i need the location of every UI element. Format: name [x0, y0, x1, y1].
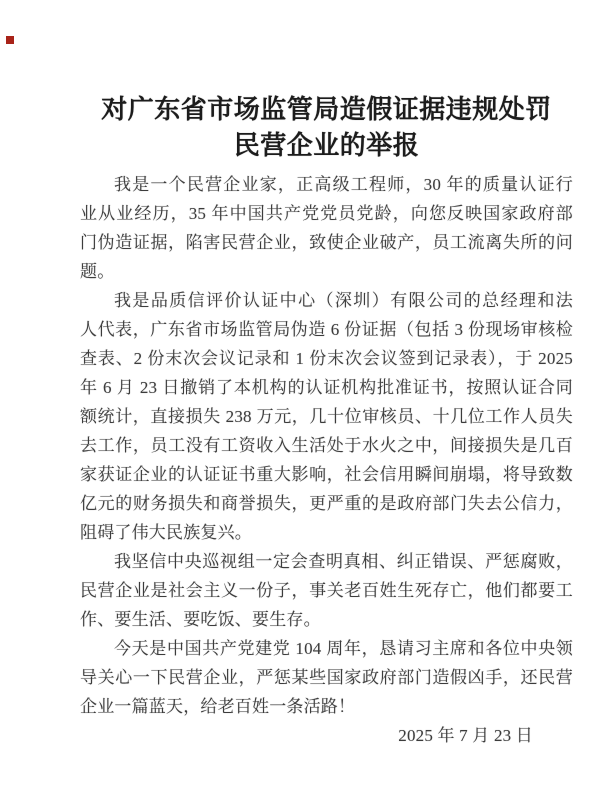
paragraph-3: 我坚信中央巡视组一定会查明真相、纠正错误、严惩腐败， 民营企业是社会主义一份子，… [80, 547, 573, 634]
document-title: 对广东省市场监管局造假证据违规处罚 民营企业的举报 [80, 92, 573, 164]
body-line: 阻碍了伟大民族复兴。 [80, 518, 573, 547]
body-line: 作、要生活、要吃饭、要生存。 [80, 605, 573, 634]
body-line: 民营企业是社会主义一份子，事关老百姓生死存亡，他们都要工 [80, 576, 573, 605]
body-line: 我是品质信评价认证中心（深圳）有限公司的总经理和法 [80, 286, 573, 315]
body-line: 家获证企业的认证证书重大影响，社会信用瞬间崩塌，将导致数 [80, 460, 573, 489]
paragraph-1: 我是一个民营企业家，正高级工程师，30 年的质量认证行 业从业经历，35 年中国… [80, 170, 573, 286]
body-line: 人代表，广东省市场监管局伪造 6 份证据（包括 3 份现场审核检 [80, 315, 573, 344]
document-body: 我是一个民营企业家，正高级工程师，30 年的质量认证行 业从业经历，35 年中国… [80, 170, 573, 750]
body-line: 亿元的财务损失和商誉损失，更严重的是政府部门失去公信力， [80, 489, 573, 518]
document-date: 2025 年 7 月 23 日 [80, 721, 573, 750]
body-line: 额统计，直接损失 238 万元，几十位审核员、十几位工作人员失 [80, 402, 573, 431]
paragraph-4: 今天是中国共产党建党 104 周年，恳请习主席和各位中央领 导关心一下民营企业，… [80, 634, 573, 721]
body-line: 今天是中国共产党建党 104 周年，恳请习主席和各位中央领 [80, 634, 573, 663]
body-line: 我坚信中央巡视组一定会查明真相、纠正错误、严惩腐败， [80, 547, 573, 576]
paragraph-2: 我是品质信评价认证中心（深圳）有限公司的总经理和法 人代表，广东省市场监管局伪造… [80, 286, 573, 547]
body-line: 查表、2 份末次会议记录和 1 份末次会议签到记录表），于 2025 [80, 344, 573, 373]
body-line: 导关心一下民营企业，严惩某些国家政府部门造假凶手，还民营 [80, 663, 573, 692]
body-line: 业从业经历，35 年中国共产党党员党龄，向您反映国家政府部 [80, 199, 573, 228]
body-line: 企业一篇蓝天，给老百姓一条活路！ [80, 692, 573, 721]
title-line-1: 对广东省市场监管局造假证据违规处罚 [80, 92, 573, 128]
body-line: 门伪造证据，陷害民营企业，致使企业破产，员工流离失所的问 [80, 228, 573, 257]
body-line: 我是一个民营企业家，正高级工程师，30 年的质量认证行 [80, 170, 573, 199]
body-line: 题。 [80, 257, 573, 286]
body-line: 去工作，员工没有工资收入生活处于水火之中，间接损失是几百 [80, 431, 573, 460]
document-page: 对广东省市场监管局造假证据违规处罚 民营企业的举报 我是一个民营企业家，正高级工… [0, 0, 600, 795]
body-line: 年 6 月 23 日撤销了本机构的认证机构批准证书，按照认证合同 [80, 373, 573, 402]
title-line-2: 民营企业的举报 [80, 128, 573, 164]
red-artifact-marker [6, 36, 14, 44]
